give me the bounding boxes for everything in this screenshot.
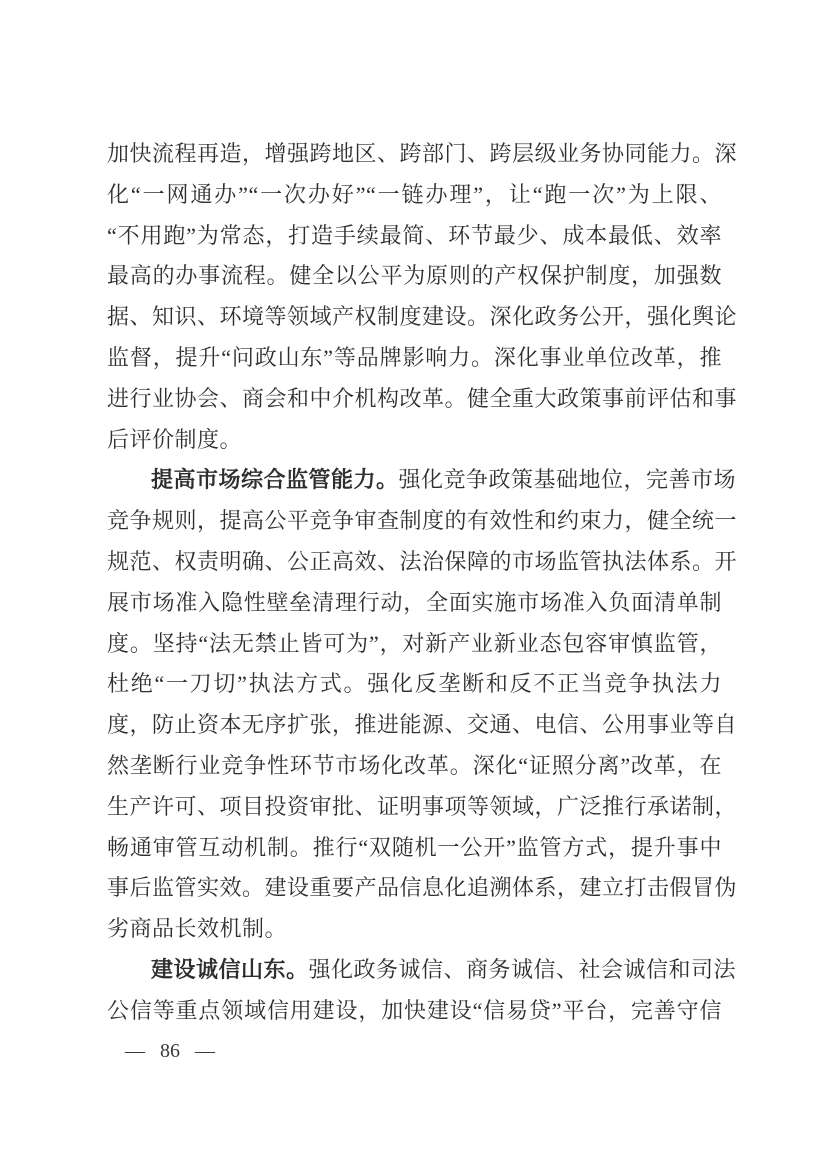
text-line: 劣商品长效机制。 [107, 909, 722, 950]
page-footer: —86— [125, 1040, 215, 1063]
text-line: 畅通审管互动机制。推行“双随机一公开”监管方式，提升事中 [107, 828, 722, 869]
text-run: 强化政务诚信、商务诚信、社会诚信和司法 [309, 957, 737, 982]
text-line: 度，防止资本无序扩张，推进能源、交通、电信、公用事业等自 [107, 705, 722, 746]
text-line: 事后监管实效。建设重要产品信息化追溯体系，建立打击假冒伪 [107, 868, 722, 909]
text-line: 竞争规则，提高公平竞争审查制度的有效性和约束力，健全统一 [107, 501, 722, 542]
document-body: 加快流程再造，增强跨地区、跨部门、跨层级业务协同能力。深 化“一网通办”“一次办… [107, 134, 722, 1032]
text-line: 后评价制度。 [107, 420, 722, 461]
text-line: 展市场准入隐性壁垒清理行动，全面实施市场准入负面清单制 [107, 583, 722, 624]
footer-dash-right: — [195, 1040, 215, 1063]
text-line: 提高市场综合监管能力。强化竞争政策基础地位，完善市场 [107, 460, 722, 501]
text-line: 化“一网通办”“一次办好”“一链办理”，让“跑一次”为上限、 [107, 175, 722, 216]
text-line: 杜绝“一刀切”执法方式。强化反垄断和反不正当竞争执法力 [107, 664, 722, 705]
text-run: 强化竞争政策基础地位，完善市场 [399, 467, 737, 492]
page-number: 86 [160, 1040, 180, 1063]
text-line: 规范、权责明确、公正高效、法治保障的市场监管执法体系。开 [107, 542, 722, 583]
text-line: 最高的办事流程。健全以公平为原则的产权保护制度，加强数 [107, 256, 722, 297]
text-line: “不用跑”为常态，打造手续最简、环节最少、成本最低、效率 [107, 216, 722, 257]
text-line: 加快流程再造，增强跨地区、跨部门、跨层级业务协同能力。深 [107, 134, 722, 175]
text-line: 然垄断行业竞争性环节市场化改革。深化“证照分离”改革，在 [107, 746, 722, 787]
text-line: 监督，提升“问政山东”等品牌影响力。深化事业单位改革，推 [107, 338, 722, 379]
text-line: 据、知识、环境等领域产权制度建设。深化政务公开，强化舆论 [107, 297, 722, 338]
text-line: 度。坚持“法无禁止皆可为”，对新产业新业态包容审慎监管， [107, 624, 722, 665]
text-line: 建设诚信山东。强化政务诚信、商务诚信、社会诚信和司法 [107, 950, 722, 991]
document-page: 加快流程再造，增强跨地区、跨部门、跨层级业务协同能力。深 化“一网通办”“一次办… [0, 0, 827, 1169]
paragraph-heading: 建设诚信山东。 [151, 957, 309, 982]
footer-dash-left: — [125, 1040, 145, 1063]
text-line: 公信等重点领域信用建设，加快建设“信易贷”平台，完善守信 [107, 991, 722, 1032]
text-line: 生产许可、项目投资审批、证明事项等领域，广泛推行承诺制， [107, 787, 722, 828]
text-line: 进行业协会、商会和中介机构改革。健全重大政策事前评估和事 [107, 379, 722, 420]
paragraph-heading: 提高市场综合监管能力。 [151, 467, 399, 492]
